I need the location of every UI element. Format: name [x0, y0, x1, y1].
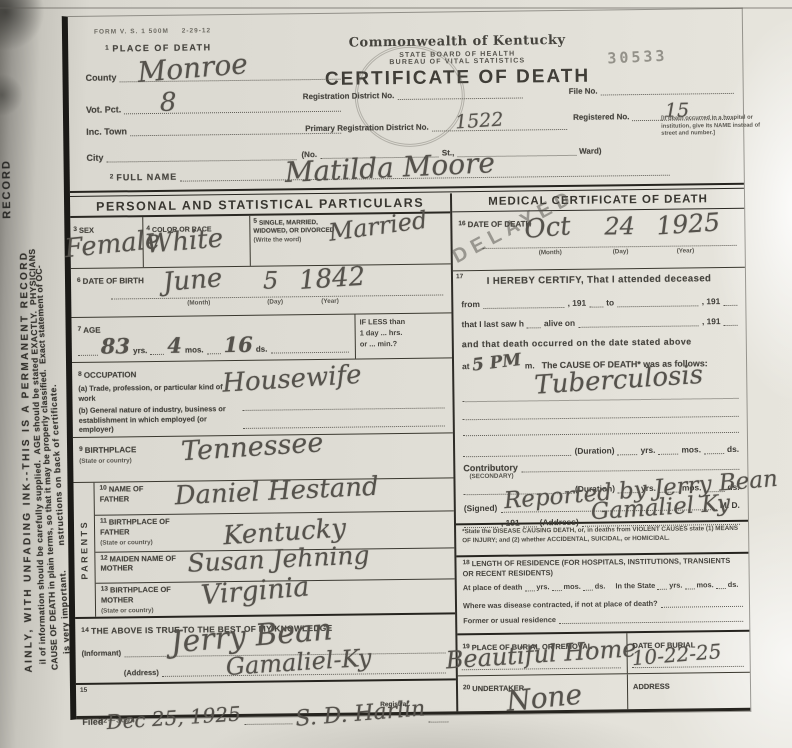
- county-label: County: [85, 72, 116, 82]
- birthplace-label: 9BIRTHPLACE: [79, 445, 136, 455]
- age-label: 7AGE: [78, 326, 101, 335]
- res-dots-6: [716, 584, 726, 589]
- attest-block: 14THE ABOVE IS TRUE TO THE BEST OF MY KN…: [75, 614, 456, 685]
- full-name-label: FULL NAME: [116, 172, 177, 183]
- former-residence-blank: [559, 617, 743, 624]
- contracted-blank: [661, 602, 743, 608]
- birthplace-label-text: BIRTHPLACE: [85, 445, 137, 455]
- former-residence-label: Former or usual residence: [463, 615, 556, 625]
- residence-duration-line: At place of death yrs. mos. ds. In the S…: [463, 580, 743, 592]
- duration1-mos: mos.: [681, 444, 701, 454]
- undertaker-address-label: ADDRESS: [633, 682, 670, 691]
- place-of-death-number: 1: [105, 45, 110, 52]
- age-months-unit: mos.: [185, 345, 204, 354]
- residence-block: 18LENGTH OF RESIDENCE (FOR HOSPITALS, IN…: [456, 554, 749, 636]
- certify-to-blank: [617, 301, 699, 307]
- date-of-death-row: 16DATE OF DEATH DELAYED (Month) (Day) (Y…: [452, 209, 745, 272]
- inc-town-label: Inc. Town: [86, 126, 127, 136]
- certify-from-line: from , 191 to , 191: [461, 296, 737, 309]
- mother-name-label-text: MAIDEN NAME OF MOTHER: [100, 553, 175, 573]
- birth-month-caption: (Month): [187, 299, 210, 306]
- burial-date-dots: [632, 662, 744, 668]
- father-name-row: 10NAME OF FATHER Daniel Hestand: [94, 478, 453, 516]
- res-dots-1: [524, 586, 534, 591]
- certify-at-label: at: [462, 361, 470, 371]
- date-of-death-blank: [483, 241, 737, 249]
- age-dots-1: [78, 351, 98, 356]
- undertaker-number: 20: [463, 684, 470, 691]
- death-month-handwritten: Oct: [523, 211, 572, 245]
- undertaker-address-cell: ADDRESS: [628, 673, 750, 709]
- age-months-handwritten: 4: [167, 338, 182, 355]
- res-mos-1: mos.: [563, 582, 580, 591]
- certify-year-blank-3: , 191: [702, 316, 721, 326]
- death-month-caption: (Month): [539, 249, 562, 256]
- mother-name-label: 12MAIDEN NAME OF MOTHER: [100, 553, 180, 573]
- occupation-label: 8OCCUPATION: [78, 370, 136, 380]
- age-years-unit: yrs.: [133, 346, 147, 355]
- certify-year-blank-2: , 191: [702, 296, 721, 306]
- duration1-yrs: yrs.: [640, 445, 655, 455]
- certify-from-label: from: [461, 299, 480, 309]
- duration1-dots-0: [463, 451, 571, 457]
- mother-birthplace-row: 13BIRTHPLACE OF MOTHER (State or country…: [96, 580, 455, 617]
- res-ds-1: ds.: [595, 582, 606, 591]
- death-time-handwritten: 5 PM: [472, 354, 523, 373]
- parents-rows: 10NAME OF FATHER Daniel Hestand 11BIRTHP…: [94, 478, 455, 616]
- attest-number: 14: [81, 627, 89, 634]
- undertaker-row: 20UNDERTAKER None ADDRESS: [458, 673, 750, 712]
- birthplace-number: 9: [79, 446, 83, 453]
- age-label-text: AGE: [83, 326, 100, 335]
- burial-place-dots: [462, 663, 621, 670]
- birth-label-text: DATE OF BIRTH: [83, 276, 144, 286]
- at-place-label: At place of death: [463, 583, 523, 593]
- if-less-cell: IF LESS than 1 day ... hrs. or ... min.?: [354, 313, 452, 358]
- sex-number: 3: [73, 226, 77, 233]
- county-value-handwritten: Monroe: [136, 47, 249, 89]
- parents-rail: PARENTS: [73, 483, 96, 617]
- primary-district-value-handwritten: 1522: [454, 108, 504, 133]
- burial-date-blank-line: [632, 662, 744, 668]
- res-ds-2: ds.: [728, 580, 739, 589]
- contracted-label: Where was disease contracted, if not at …: [463, 599, 658, 610]
- death-day-caption: (Day): [613, 248, 629, 255]
- filed-blank: [244, 719, 292, 725]
- voting-precinct-blank: [124, 107, 341, 115]
- registration-district-blank: [397, 93, 522, 100]
- duration-line-1: (Duration) yrs. mos. ds.: [463, 444, 739, 457]
- certify-year-blank-1: , 191: [567, 298, 586, 308]
- city-row: City: [86, 150, 296, 163]
- inc-town-row: Inc. Town: [86, 124, 341, 137]
- father-name-number: 10: [100, 485, 107, 492]
- death-day-handwritten: 24: [604, 212, 635, 240]
- in-state-label: In the State: [615, 581, 655, 590]
- file-no-row: File No.: [569, 85, 734, 96]
- filed-blank-2: [428, 717, 448, 722]
- marital-label-text: SINGLE, MARRIED, WIDOWED, OR DIVORCED: [253, 219, 334, 235]
- undertaker-value-handwritten: None: [505, 678, 584, 718]
- form-columns: PERSONAL AND STATISTICAL PARTICULARS 3SE…: [70, 190, 750, 719]
- race-value-handwritten: White: [144, 223, 224, 259]
- mother-birthplace-label-text: BIRTHPLACE OF MOTHER: [101, 585, 171, 605]
- primary-district-row: Primary Registration District No. 1522: [305, 121, 567, 133]
- birth-label: 6DATE OF BIRTH: [77, 276, 144, 286]
- father-birthplace-label-text: BIRTHPLACE OF FATHER: [100, 517, 170, 537]
- age-row: 7AGE 83 yrs. 4 mos. 16 ds.: [71, 313, 452, 363]
- occupation-number: 8: [78, 371, 82, 378]
- certify-last-saw-label: that I last saw h: [462, 318, 524, 329]
- cause-dots-2: [463, 412, 739, 420]
- voting-precinct-value-handwritten: 8: [160, 88, 177, 118]
- form-code-text: FORM V. S. 1 500M: [94, 28, 169, 36]
- occupation-blank-b: [243, 421, 445, 428]
- date-of-death-number: 16: [458, 220, 465, 227]
- if-less-line-3: or ... min.?: [360, 338, 448, 350]
- age-dots-3: [207, 349, 221, 354]
- cause-blank-line-2: [463, 412, 739, 420]
- certify-to-year-dots: [723, 301, 737, 306]
- city-blank: [107, 155, 297, 162]
- certify-occurred-line: and that death occurred on the date stat…: [462, 336, 738, 349]
- filed-block: 15 Filed Dec 25, 1925 S. D. Harlin Regis…: [76, 680, 456, 716]
- certify-h-dots: [527, 323, 541, 328]
- parents-block: PARENTS 10NAME OF FATHER Daniel Hestand …: [73, 478, 455, 619]
- residence-label-text: LENGTH OF RESIDENCE (FOR HOSPITALS, INST…: [463, 556, 731, 578]
- scanned-death-certificate: RECORD AINLY, WITH UNFADING INK--THIS IS…: [0, 0, 792, 748]
- occupation-line-a: (a) Trade, profession, or particular kin…: [78, 382, 228, 404]
- informant-address-label: (Address): [124, 668, 159, 677]
- cause-blank-line-3: [463, 428, 739, 436]
- city-ward-label: Ward): [579, 147, 601, 156]
- file-no-label: File No.: [569, 87, 598, 96]
- age-years-handwritten: 83: [101, 339, 130, 356]
- margin-edge-fragment: RECORD: [1, 159, 14, 219]
- full-name-row: 2FULL NAME Matilda Moore: [110, 166, 670, 183]
- father-birthplace-label: 11BIRTHPLACE OF FATHER: [100, 517, 185, 538]
- certify-m-label: m.: [525, 360, 535, 370]
- informant-label: (Informant): [82, 648, 122, 657]
- birth-year-caption: (Year): [321, 298, 339, 305]
- sex-cell: 3SEX Female: [70, 217, 144, 268]
- birthplace-row: 9BIRTHPLACE (State or country) Tennessee: [73, 433, 454, 483]
- county-row: County Monroe: [85, 70, 340, 83]
- occupation-blank-a: [243, 403, 445, 410]
- burial-row: 19PLACE OF BURIAL OR REMOVAL Beautiful H…: [457, 632, 749, 677]
- age-dots-4: [270, 348, 348, 354]
- signed-address-label: (Address): [540, 517, 579, 527]
- form-code-date: 2-29-12: [182, 27, 211, 34]
- undertaker-cell: 20UNDERTAKER None: [458, 674, 628, 711]
- certify-alive-label: alive on: [544, 318, 575, 328]
- death-year-caption: (Year): [677, 247, 695, 254]
- age-number: 7: [78, 326, 82, 333]
- occupation-label-text: OCCUPATION: [84, 370, 137, 380]
- cause-dots: [462, 394, 738, 402]
- res-dots-4: [657, 585, 667, 590]
- certify-to-label: to: [606, 297, 614, 307]
- certify-alive-blank: [578, 321, 699, 327]
- certify-heading: I HEREBY CERTIFY, That I attended deceas…: [461, 273, 737, 287]
- father-birthplace-number: 11: [100, 518, 107, 525]
- voting-precinct-row: Vot. Pct. 8: [86, 102, 341, 115]
- certificate-form: FORM V. S. 1 500M 2-29-12 1PLACE OF DEAT…: [62, 8, 752, 720]
- res-yrs-2: yrs.: [669, 581, 682, 590]
- birth-number: 6: [77, 277, 81, 284]
- full-name-heading: 2FULL NAME: [110, 172, 178, 183]
- paper: RECORD AINLY, WITH UNFADING INK--THIS IS…: [0, 0, 792, 748]
- date-of-death-blank-line: [483, 241, 737, 249]
- race-cell: 4COLOR OR RACE White: [143, 216, 251, 267]
- certify-from-year-dots: [589, 303, 603, 308]
- address-dots-1: [523, 522, 537, 527]
- age-days-unit: ds.: [256, 345, 268, 354]
- birth-day-caption: (Day): [267, 298, 283, 305]
- city-label: City: [86, 153, 103, 163]
- birth-year-handwritten: 1842: [298, 262, 366, 296]
- occupation-value-handwritten: Housewife: [221, 360, 362, 399]
- certify-from-blank: [483, 303, 565, 309]
- registration-district-row: Registration District No.: [303, 89, 523, 101]
- occupation-line-b: (b) General nature of industry, business…: [79, 404, 244, 436]
- residence-number: 18: [462, 559, 469, 566]
- sex-race-marital-row: 3SEX Female 4COLOR OR RACE White 5SINGLE…: [70, 213, 451, 269]
- primary-district-label: Primary Registration District No.: [305, 123, 429, 134]
- personal-column: PERSONAL AND STATISTICAL PARTICULARS 3SE…: [70, 193, 458, 716]
- registered-no-label: Registered No.: [573, 112, 630, 122]
- marital-cell: 5SINGLE, MARRIED, WIDOWED, OR DIVORCED (…: [250, 213, 451, 265]
- file-no-blank: [601, 89, 734, 96]
- duration1-dots-3: [704, 449, 724, 454]
- marital-number: 5: [253, 218, 257, 225]
- filed-date-handwritten: Dec 25, 1925: [106, 705, 241, 730]
- burial-place-blank-line: [462, 663, 621, 670]
- duration1-dots-1: [618, 450, 638, 455]
- mother-birthplace-label: 13BIRTHPLACE OF MOTHER: [101, 585, 186, 606]
- cause-dots-3: [463, 428, 739, 436]
- birth-month-handwritten: June: [162, 263, 224, 298]
- duration1-dots-2: [658, 450, 678, 455]
- contracted-line: Where was disease contracted, if not at …: [463, 598, 743, 610]
- voting-precinct-label: Vot. Pct.: [86, 104, 121, 114]
- res-dots-5: [684, 584, 694, 589]
- res-yrs-1: yrs.: [536, 582, 549, 591]
- age-days-handwritten: 16: [223, 337, 252, 354]
- registrar-label: Registrar.: [380, 701, 410, 708]
- certify-alive-year-dots: [724, 321, 738, 326]
- res-dots-2: [551, 586, 561, 591]
- medical-column: MEDICAL CERTIFICATE OF DEATH 16DATE OF D…: [452, 190, 750, 712]
- contributory-label: Contributory: [463, 463, 518, 474]
- occupation-row: 8OCCUPATION (a) Trade, profession, or pa…: [72, 358, 453, 438]
- certify-year-blank-4: , 191: [501, 518, 520, 528]
- mother-name-number: 12: [100, 554, 107, 561]
- burial-place-cell: 19PLACE OF BURIAL OR REMOVAL Beautiful H…: [457, 633, 627, 675]
- parents-label: PARENTS: [79, 520, 90, 580]
- form-code: FORM V. S. 1 500M 2-29-12: [94, 27, 211, 35]
- certify-block: 17 I HEREBY CERTIFY, That I attended dec…: [453, 268, 748, 524]
- filed-number: 15: [80, 687, 87, 694]
- commonwealth-line: Commonwealth of Kentucky: [317, 33, 597, 51]
- signed-label: (Signed): [464, 503, 498, 513]
- former-residence-line: Former or usual residence: [463, 613, 743, 625]
- res-dots-3: [583, 586, 593, 591]
- age-line: 83 yrs. 4 mos. 16 ds.: [78, 336, 349, 356]
- cause-blank-line: [462, 394, 738, 402]
- occupation-dots-b: [243, 421, 445, 428]
- date-of-birth-row: 6DATE OF BIRTH (Month) (Day) (Year) June…: [71, 264, 452, 318]
- res-mos-2: mos.: [696, 580, 713, 589]
- age-dots-2: [150, 350, 164, 355]
- filed-label: Filed: [82, 716, 103, 726]
- residence-label: 18LENGTH OF RESIDENCE (FOR HOSPITALS, IN…: [462, 556, 742, 579]
- burial-date-cell: DATE OF BURIAL 10-22-25: [627, 632, 749, 673]
- father-name-label: 10NAME OF FATHER: [100, 484, 170, 504]
- duration1-label: (Duration): [574, 445, 614, 455]
- hospital-note: [If death occurred in a hospital or inst…: [661, 114, 767, 138]
- registration-district-label: Registration District No.: [303, 91, 395, 101]
- age-cell: 7AGE 83 yrs. 4 mos. 16 ds.: [71, 315, 355, 362]
- birth-day-handwritten: 5: [263, 266, 279, 294]
- death-year-handwritten: 1925: [655, 207, 720, 240]
- duration1-ds: ds.: [727, 444, 739, 454]
- address-dots-0: [464, 523, 498, 528]
- full-name-number: 2: [110, 173, 115, 180]
- occupation-dots-a: [243, 403, 445, 410]
- serial-stamp: 30533: [607, 47, 668, 68]
- mother-birthplace-number: 13: [101, 586, 108, 593]
- certify-last-saw-line: that I last saw h alive on , 191: [462, 316, 738, 329]
